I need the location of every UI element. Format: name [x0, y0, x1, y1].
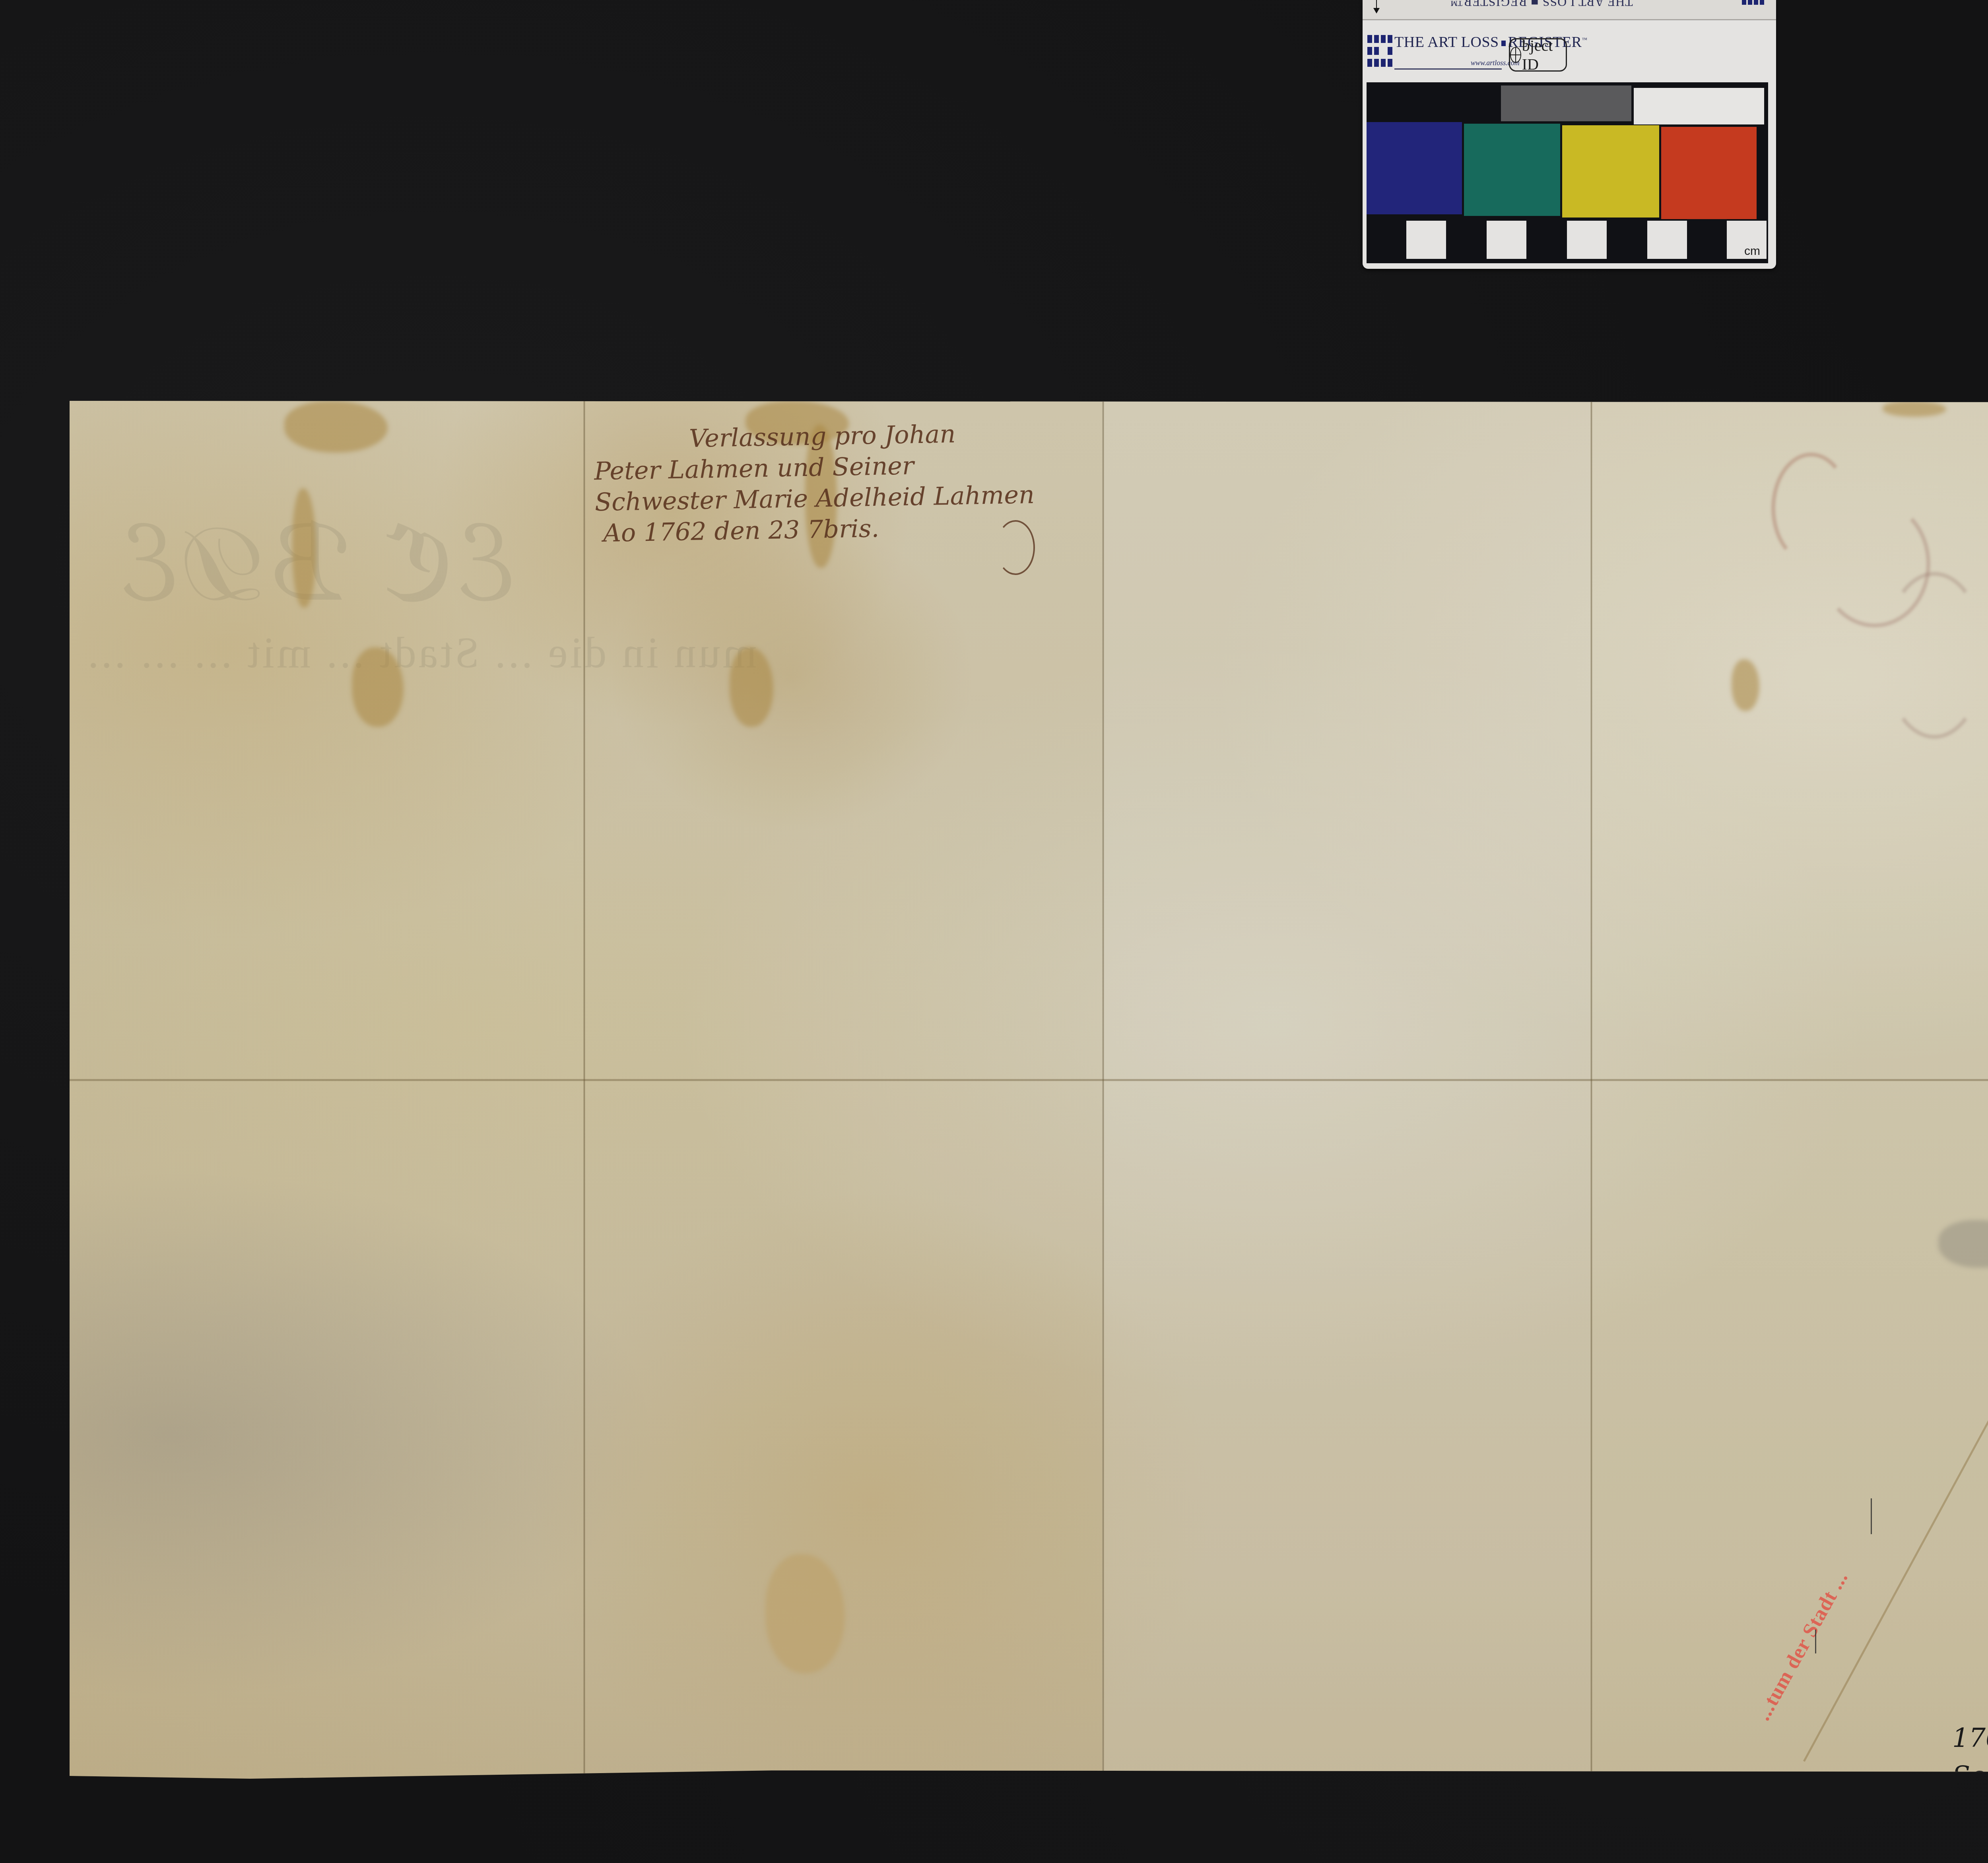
- art-loss-register-logo-icon: [1367, 35, 1392, 67]
- globe-icon: [1510, 47, 1521, 63]
- handwritten-endorsement: Verlassung pro Johan Peter Lahmen und Se…: [593, 417, 1064, 549]
- fold-crease-horizontal: [70, 1079, 1988, 1081]
- swatch-blue: [1367, 122, 1462, 214]
- color-swatches: cm: [1367, 82, 1768, 263]
- brand-prefix: THE ART LOSS: [1394, 34, 1499, 51]
- card-folded-flap: THE ART LOSS ■ REGISTER™: [1363, 0, 1776, 20]
- showthrough-line: mun in die ... Stadt ... mit ... ... ...: [85, 627, 757, 678]
- swatch-red: [1661, 127, 1757, 219]
- color-reference-card: THE ART LOSS ■ REGISTER™ THE ART LOSSREG…: [1363, 0, 1776, 269]
- water-stain: [1883, 401, 1946, 417]
- ruler-unit-label: cm: [1744, 245, 1760, 258]
- fold-crease-vertical: [1590, 401, 1592, 1779]
- brand-underline: [1394, 68, 1502, 70]
- trademark: ™: [1582, 37, 1587, 43]
- showthrough-heading: ℰℭ ℬ𝒟ℰ: [117, 504, 519, 626]
- panel-2: [583, 401, 1102, 1779]
- card-header: THE ART LOSSREGISTER™ www.artloss.com bj…: [1363, 24, 1776, 80]
- flap-brand-text-upside-down: THE ART LOSS ■ REGISTER™: [1450, 0, 1633, 9]
- arrow-down-icon: [1376, 0, 1377, 10]
- square-bullet-icon: [1501, 41, 1506, 46]
- water-stain: [284, 401, 388, 453]
- pencil-mark: [1815, 1630, 1816, 1653]
- water-stain: [1732, 659, 1759, 711]
- swatch-teal: [1464, 124, 1560, 216]
- ruler-tick: [1406, 221, 1446, 259]
- cm-ruler-scale: cm: [1367, 220, 1764, 260]
- ruler-tick: [1487, 221, 1526, 259]
- pencil-mark: [1871, 1498, 1872, 1534]
- ruler-tick: [1567, 221, 1607, 259]
- swatch-white: [1634, 88, 1764, 124]
- archival-year: 1762: [1952, 1719, 1988, 1757]
- signature-flourish: [996, 520, 1035, 575]
- ruler-tick: [1647, 221, 1687, 259]
- fold-crease-vertical: [1102, 401, 1104, 1779]
- parchment-document: ℰℭ ℬ𝒟ℰ mun in die ... Stadt ... mit ... …: [70, 401, 1988, 1779]
- flap-logo-icon: [1742, 0, 1764, 5]
- swatch-yellow: [1562, 125, 1659, 218]
- object-id-label: bject ID: [1522, 36, 1566, 74]
- fold-crease-vertical: [583, 401, 585, 1779]
- swatch-black: [1367, 82, 1501, 122]
- flourish-showthrough: [1883, 572, 1986, 739]
- object-id-badge: bject ID: [1509, 38, 1567, 72]
- swatch-gray: [1501, 85, 1631, 121]
- panel-3: [1102, 401, 1590, 1779]
